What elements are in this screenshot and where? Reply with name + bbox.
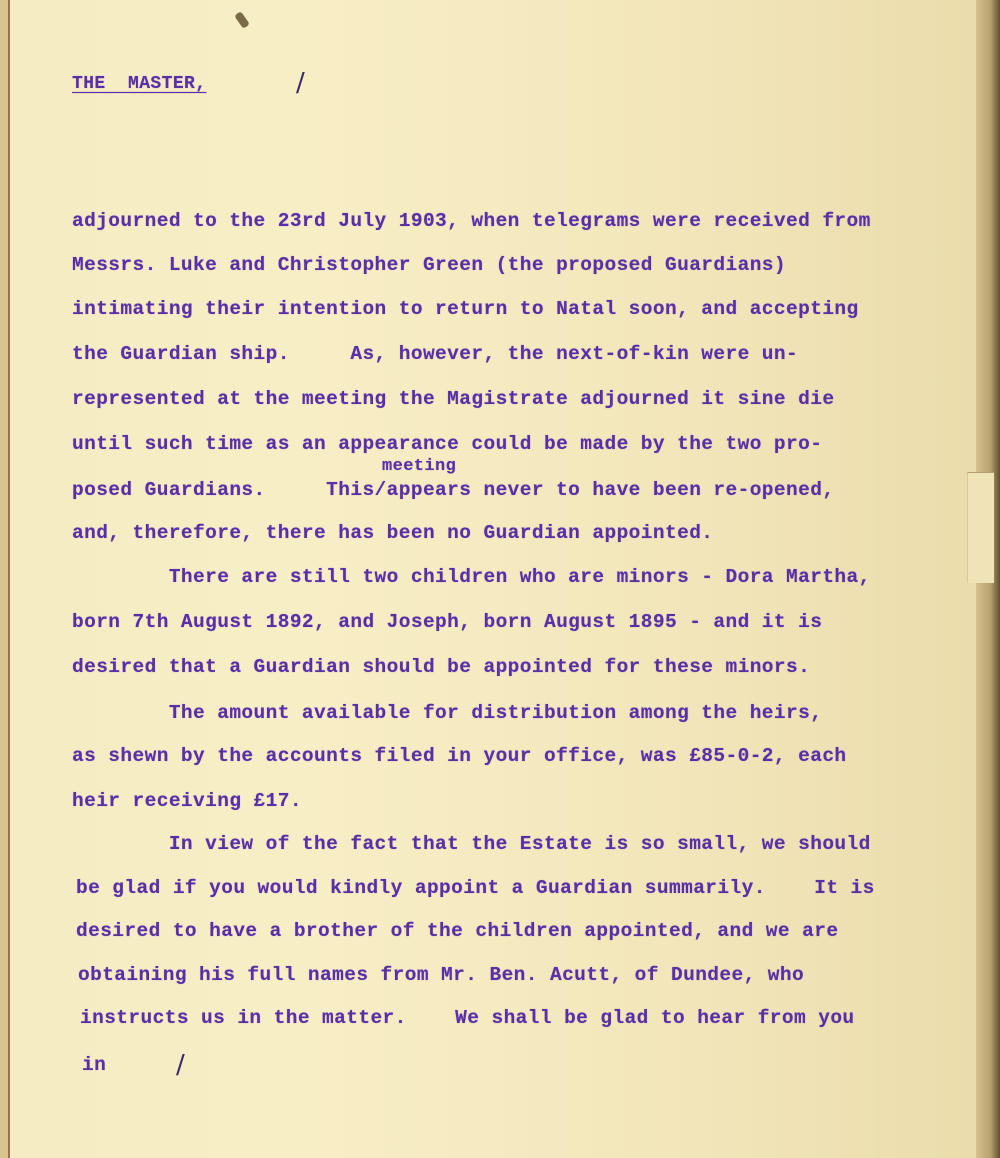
body-line-19: instructs us in the matter. We shall be … xyxy=(80,1007,855,1029)
document-heading: THE MASTER, xyxy=(72,74,206,94)
body-line-15: In view of the fact that the Estate is s… xyxy=(72,833,871,855)
body-line-5: represented at the meeting the Magistrat… xyxy=(72,388,834,410)
handwritten-insert: meeting xyxy=(382,457,456,476)
body-line-12: The amount available for distribution am… xyxy=(72,702,822,724)
folded-tab xyxy=(967,472,994,583)
body-line-4: the Guardian ship. As, however, the next… xyxy=(72,343,798,365)
body-line-7: posed Guardians. This/appears never to h… xyxy=(72,479,834,501)
body-line-14: heir receiving £17. xyxy=(72,790,302,812)
body-line-18: obtaining his full names from Mr. Ben. A… xyxy=(78,964,804,986)
pin-icon xyxy=(234,11,250,29)
body-line-13: as shewn by the accounts filed in your o… xyxy=(72,745,847,767)
body-line-1: adjourned to the 23rd July 1903, when te… xyxy=(72,210,871,232)
body-line-17: desired to have a brother of the childre… xyxy=(76,920,838,942)
footer-slash-mark: / xyxy=(176,1050,185,1080)
heading-slash-mark: / xyxy=(296,68,305,98)
body-line-20: in xyxy=(82,1054,106,1076)
body-line-10: born 7th August 1892, and Joseph, born A… xyxy=(72,611,822,633)
body-line-2: Messrs. Luke and Christopher Green (the … xyxy=(72,254,786,276)
body-line-3: intimating their intention to return to … xyxy=(72,298,859,320)
body-line-6: until such time as an appearance could b… xyxy=(72,433,822,455)
body-line-9: There are still two children who are min… xyxy=(72,566,871,588)
body-line-16: be glad if you would kindly appoint a Gu… xyxy=(76,877,875,899)
body-line-11: desired that a Guardian should be appoin… xyxy=(72,656,810,678)
body-line-8: and, therefore, there has been no Guardi… xyxy=(72,522,713,544)
